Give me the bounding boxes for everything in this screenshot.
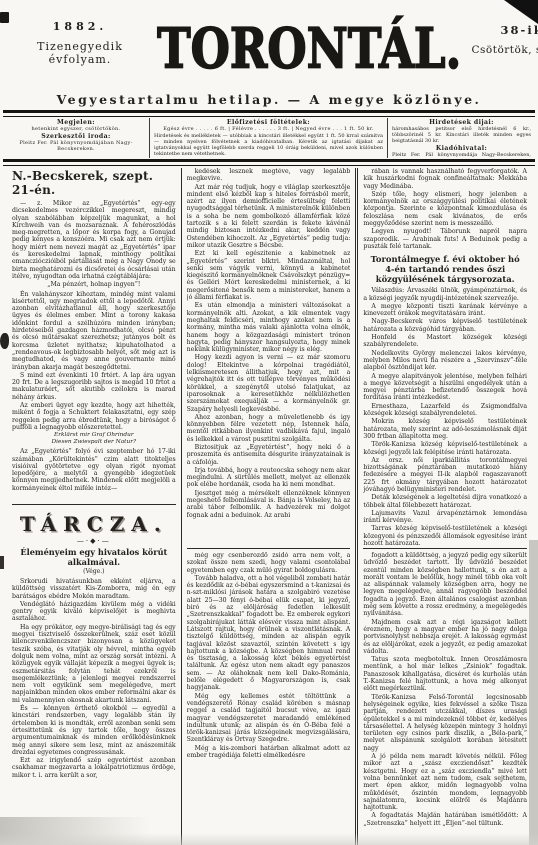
- infobar-heading: Előfizetési föltételek:: [154, 119, 383, 126]
- infobar-ads: Hirdetések dijai: háromhasábos petitsor …: [387, 118, 535, 158]
- infobar-heading: Kiadóhivatal:: [392, 145, 531, 152]
- paragraph: rában is vannak használható fegyverforga…: [363, 168, 527, 190]
- feuilleton-subtitle: (Vége.): [12, 568, 176, 575]
- infobar-heading: Megjelen:: [7, 119, 145, 126]
- infobar-text: Egész évre . . . . . 6 ft. | Félévre . .…: [154, 126, 383, 132]
- infobar-heading: Szerkesztői iroda:: [7, 133, 145, 140]
- infobar-heading: Hirdetések dijai:: [392, 119, 531, 126]
- infobar-publishing: Megjelen: hetenkint egyszer, csötörtökön…: [3, 118, 149, 158]
- infobar: Megjelen: hetenkint egyszer, csötörtökön…: [3, 118, 535, 158]
- newspaper-title: TORONTÁL.: [157, 10, 461, 87]
- paragraph: S mind ezt évenkinti 10 frtért. A lap ár…: [12, 372, 176, 401]
- article-body: — z. Mikor az „Egyetértés” egy-egy dicse…: [12, 200, 176, 492]
- infobar-text: Hirdetések és mellékletek — utóbbiak a k…: [154, 133, 383, 157]
- infobar-text: hetenkint egyszer, csötörtökön.: [7, 126, 145, 132]
- paragraph: Biztositjuk az „Egyetértést”, hogy neki …: [187, 444, 351, 466]
- section-rule: [12, 504, 176, 505]
- article-heading: N.-Becskerek, szept. 21-én.: [12, 169, 176, 197]
- paragraph: Nagy-Becskerek város képviselő testületé…: [363, 318, 527, 333]
- paragraph: Ernesthaza, Lazarfeld és Zsigmondfalva k…: [363, 403, 527, 418]
- paragraph: Srkorudi hivatásunkban ekként eljárva, a…: [12, 578, 176, 600]
- paragraph: Honfeld és Mastort községek községi szab…: [363, 334, 527, 349]
- issue-number: 38-ik szám.: [464, 23, 538, 37]
- infobar-subscription: Előfizetési föltételek: Egész évre . . .…: [149, 118, 387, 158]
- divider: [3, 110, 535, 117]
- section-rule: [363, 548, 527, 549]
- paragraph: Irja továbbá, hogy a reuteocska sehogy n…: [187, 467, 351, 489]
- paragraph: Es után elmondja a ministeri változásoka…: [187, 302, 351, 353]
- paragraph: Nedelkovits György melenczei lakos kérvé…: [363, 350, 527, 372]
- paragraph: Tatus szota megbotoltuk. Innen Oroszlámo…: [363, 656, 527, 692]
- centered-line: „Ma pénzért, holnap ingyen”!: [12, 281, 176, 288]
- column-1: N.-Becskerek, szept. 21-én. — z. Mikor a…: [7, 168, 181, 845]
- verse: Erklärst mir Graf Ohrindur Diesen Zwiesp…: [12, 432, 176, 446]
- paragraph: Lajumavits Vazul árvapénztárnok lemondás…: [363, 510, 527, 525]
- year: 1882.: [6, 20, 154, 33]
- feuilleton-start: TÁRCZA. —·◆·— Éleményeim egy hivatalos k…: [12, 508, 176, 845]
- feuilleton-continuation: még egy csenberozdő zsidó arra nem volt,…: [187, 552, 351, 845]
- paragraph: Legyen nyugodt! Táborunk napról napra sz…: [363, 228, 527, 250]
- infobar-text: háromhasábos petitsor első hirdetésnél 6…: [392, 126, 531, 144]
- newspaper-subtitle: Vegyestartalmu hetilap. — A megye közlön…: [0, 92, 538, 107]
- masthead-left: 1882. Tizenegyedik évfolyam.: [6, 10, 154, 90]
- paragraph: Deták községének a legeltetési dijra von…: [363, 494, 527, 509]
- paragraph: A fogadtatás Majdán határában ismétlődöt…: [363, 812, 527, 827]
- paragraph: Az orsz. női iparkiállitás torontálmegye…: [363, 457, 527, 493]
- paragraph: Én valahányszor kihoztam, mindég mint va…: [12, 291, 176, 371]
- divider: [3, 159, 535, 166]
- ornament: —·◆·—: [12, 537, 176, 545]
- newspaper-page: 1882. Tizenegyedik évfolyam. TORONTÁL. 3…: [0, 0, 538, 845]
- paragraph: Az emberi ügyet egy kezdte, hogy azt hih…: [12, 402, 176, 431]
- column-3: rában is vannak használható fegyverforga…: [355, 168, 532, 845]
- paragraph: kedések lesznek megtéve, vagy legalább m…: [187, 168, 351, 183]
- section-rule: [187, 548, 351, 549]
- paragraph: Ijesztget még a mérsékelt ellenzéknek kö…: [187, 490, 351, 519]
- paragraph: Válaszdús: Árvaszéki ülnök, gyámpénztárn…: [363, 287, 527, 302]
- paragraph: Ha egy prókátor, egy megye-birálisági ta…: [12, 624, 176, 704]
- article-columns: N.-Becskerek, szept. 21-én. — z. Mikor a…: [7, 168, 532, 845]
- paragraph: Hogy kezdi agyon is verni — ez már szomo…: [187, 354, 351, 412]
- paragraph: És — könnyen érthető okokból — egyedül a…: [12, 705, 176, 756]
- paragraph: Tovább haladva, ott a hol végeliből zomb…: [187, 575, 351, 692]
- lead-article: N.-Becskerek, szept. 21-én. — z. Mikor a…: [12, 168, 176, 502]
- agenda-section: rában is vannak használható fegyverforga…: [363, 168, 527, 546]
- paragraph: A megye központi tiszti karának kérvénye…: [363, 303, 527, 318]
- scan-artifact: [0, 556, 4, 569]
- paragraph: Vendéglátó házigazdám kivülem még a vidé…: [12, 601, 176, 623]
- volume: Tizenegyedik évfolyam.: [6, 40, 154, 66]
- paragraph: Ezt az irigylendő szép egyetértést azonb…: [12, 757, 176, 779]
- paragraph: — z. Mikor az „Egyetértés” egy-egy dicse…: [12, 200, 176, 280]
- feuilleton-title: Éleményeim egy hivatalos körút alkalmáva…: [16, 548, 172, 567]
- paragraph: Mokrin község képviselő testületének hat…: [363, 418, 527, 440]
- paragraph: A megye alapitványok jelentése, melyben …: [363, 373, 527, 402]
- infobar-text: Pleitz Fer. Pál könyvnyomdájában Nagy-Be…: [7, 140, 145, 152]
- paragraph: Azt már rég tudjuk, hogy e világlap szer…: [187, 184, 351, 250]
- article-continuation: kedések lesznek megtéve, vagy legalább m…: [187, 168, 351, 546]
- masthead-center: TORONTÁL.: [154, 10, 464, 90]
- feuilleton-body: Srkorudi hivatásunkban ekként eljárva, a…: [12, 578, 176, 779]
- masthead: 1882. Tizenegyedik évfolyam. TORONTÁL. 3…: [0, 0, 538, 90]
- paragraph: Török-Kanizsa község képviselő-testületé…: [363, 441, 527, 456]
- section-title-tarcza: TÁRCZA.: [12, 512, 176, 536]
- agenda-heading: Torontálmegye f. évi oktober hó 4-én tar…: [365, 254, 525, 284]
- paragraph: Még egy kellemes estét töltöttünk a vend…: [187, 693, 351, 744]
- paragraph: Tarras község képviselő-testületének a k…: [363, 525, 527, 546]
- paragraph: Török-Kanizsa Felső-Torontál legcsinosab…: [363, 694, 527, 752]
- masthead-right: 38-ik szám. Csötörtök, szeptember 21-én.: [464, 10, 538, 90]
- paragraph: Szép tőle, hogy elismeri, hogy jelenben …: [363, 191, 527, 227]
- infobar-text: Pleitz Fer. Pál könyvnyomdája Nagy-Becsk…: [392, 152, 531, 158]
- paragraph: A jó példa nem maradt követés nélkül. Fő…: [363, 753, 527, 811]
- paragraph: Ahoz azonban, hogy a müveletlenebb és ig…: [187, 414, 351, 443]
- paragraph: Ezt ki kell egészitenie a kabinetnek az …: [187, 250, 351, 301]
- paragraph: Még a kis-zombori határban alkalmat adot…: [187, 745, 351, 760]
- feuilleton-continuation: fogadott a küldöttség, a jegyző pedig eg…: [363, 552, 527, 845]
- paragraph: még egy csenberozdő zsidó arra nem volt,…: [187, 552, 351, 574]
- paragraph: Az „Egyetértés” folyó évi szeptember hó …: [12, 448, 176, 492]
- issue-date: Csötörtök, szeptember 21-én.: [464, 44, 538, 68]
- paragraph: fogadott a küldöttség, a jegyző pedig eg…: [363, 552, 527, 618]
- column-2: kedések lesznek megtéve, vagy legalább m…: [181, 168, 356, 845]
- paragraph: Majdnem csak azt a régi igazságot kellet…: [363, 619, 527, 655]
